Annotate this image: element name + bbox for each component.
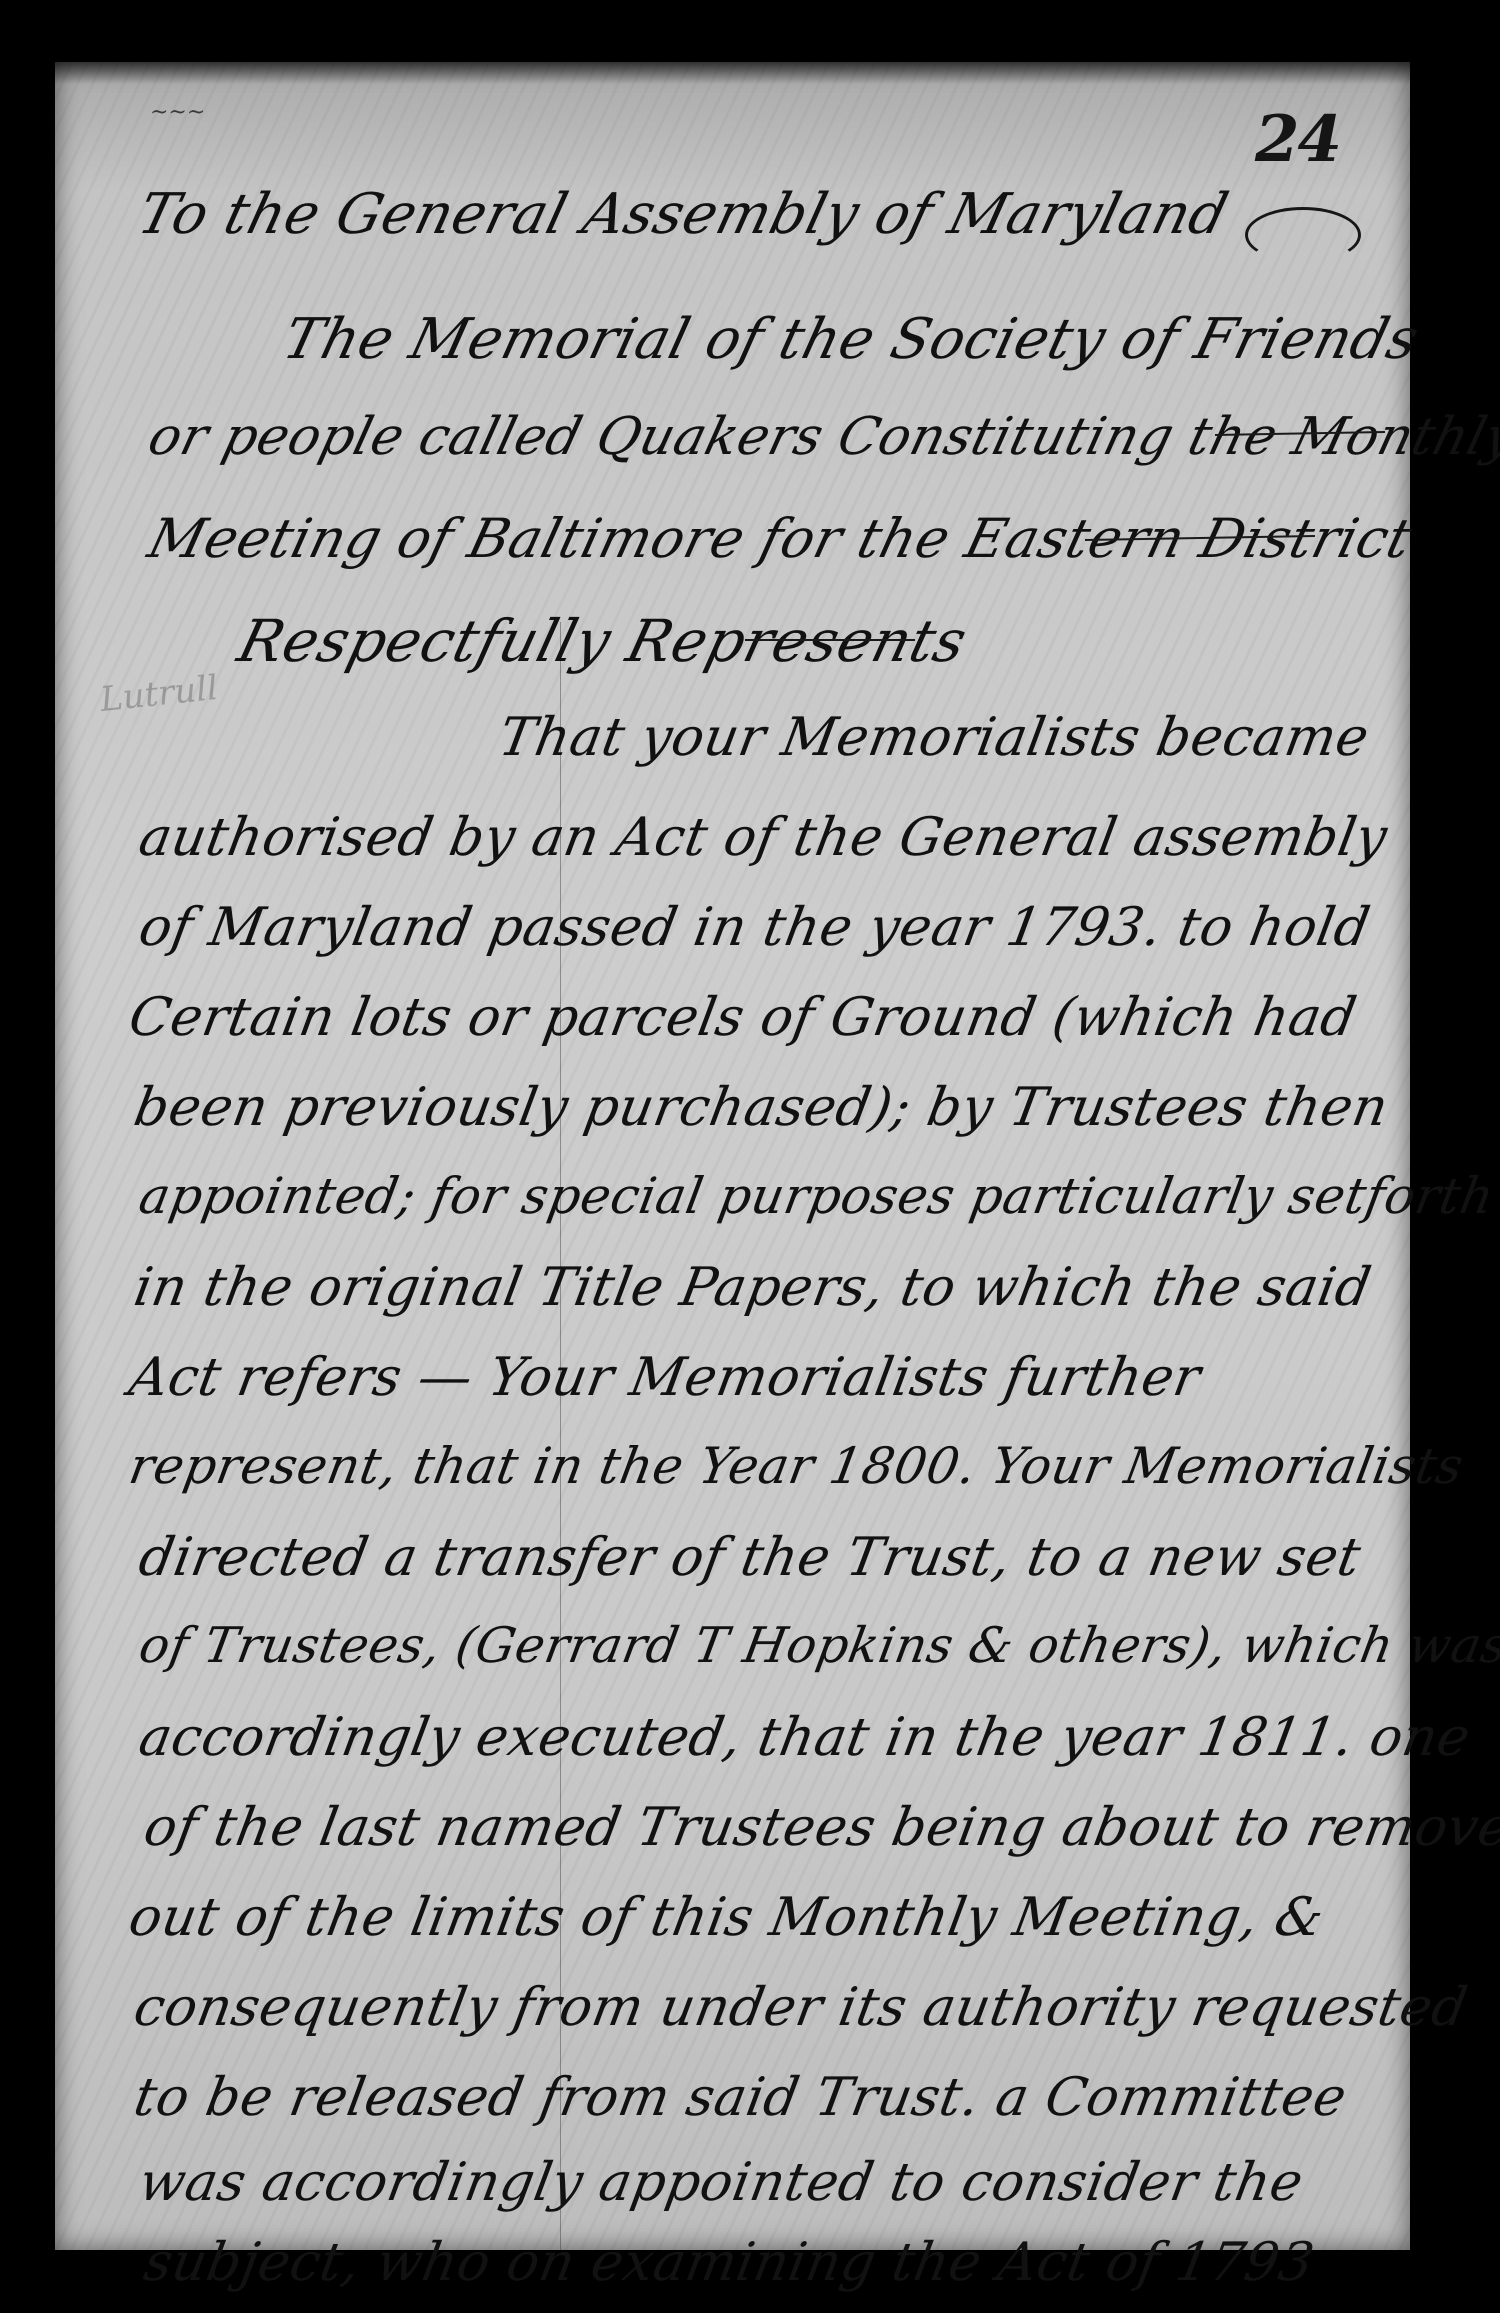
body-line: subject, who on examining the Act of 179… [140, 2232, 1319, 2293]
body-line: of Trustees, (Gerrard T Hopkins & others… [135, 1617, 1500, 1674]
heading-line-quakers: or people called Quakers Constituting th… [143, 407, 1500, 467]
body-line: authorised by an Act of the General asse… [135, 807, 1392, 868]
body-line: was accordingly appointed to consider th… [135, 2152, 1308, 2213]
body-line: of the last named Trustees being about t… [140, 1797, 1500, 1858]
body-line: directed a transfer of the Trust, to a n… [135, 1527, 1366, 1588]
heading-underline [745, 639, 915, 641]
body-line: Act refers — Your Memorialists further [125, 1347, 1206, 1408]
body-line: of Maryland passed in the year 1793. to … [135, 897, 1375, 958]
memorial-title-line: The Memorial of the Society of Friends [277, 307, 1425, 372]
body-line: in the original Title Papers, to which t… [130, 1257, 1376, 1318]
page-number: 24 [1255, 102, 1340, 177]
stray-ink-mark: ~~~ [150, 100, 205, 125]
body-line: accordingly executed, that in the year 1… [135, 1707, 1475, 1768]
body-line: consequently from under its authority re… [130, 1977, 1473, 2038]
body-line: Certain lots or parcels of Ground (which… [125, 987, 1361, 1048]
body-line: represent, that in the Year 1800. Your M… [125, 1437, 1468, 1495]
body-line: been previously purchased); by Trustees … [130, 1077, 1393, 1138]
flourish-ornament [1245, 207, 1361, 263]
manuscript-page: ~~~ 24 Lutrull To the General Assembly o… [55, 62, 1410, 2250]
faint-margin-notation: Lutrull [98, 668, 220, 720]
salutation-line: To the General Assembly of Maryland [132, 182, 1235, 247]
respectfully-represents-line: Respectfully Represents [232, 607, 974, 675]
body-line: out of the limits of this Monthly Meetin… [125, 1887, 1329, 1948]
body-line: appointed; for special purposes particul… [135, 1167, 1499, 1225]
body-line: That your Memorialists became [495, 707, 1374, 768]
body-line: to be released from said Trust. a Commit… [130, 2067, 1352, 2128]
